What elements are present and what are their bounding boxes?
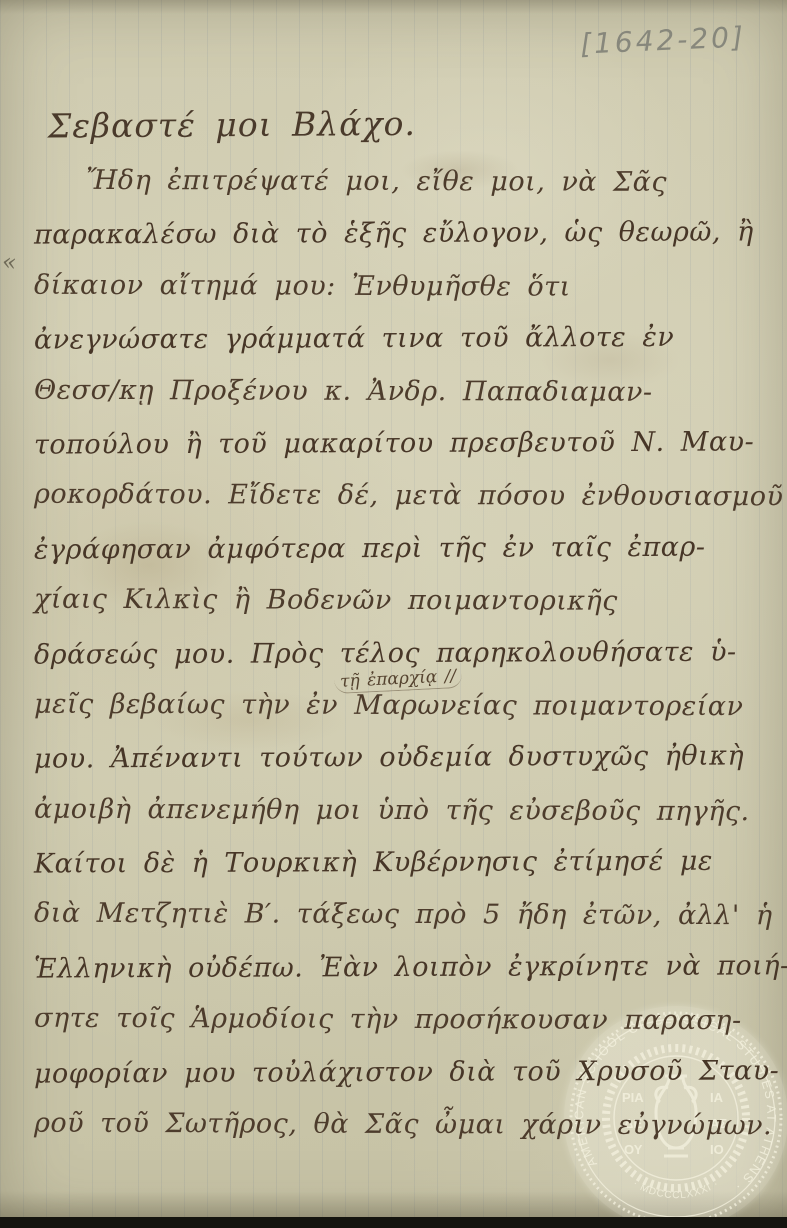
salutation-line: Σεβαστέ μοι Βλάχο. bbox=[34, 101, 770, 168]
handwritten-line: τοπούλου ἢ τοῦ μακαρίτου πρεσβευτοῦ Ν. Μ… bbox=[34, 426, 770, 482]
handwritten-line: Ἤδη ἐπιτρέψατέ μοι, εἴθε μοι, νὰ Σᾶς bbox=[34, 165, 770, 220]
handwritten-line: Ἑλληνικὴ οὐδέπω. Ἐὰν λοιπὸν ἐγκρίνητε νὰ… bbox=[34, 950, 770, 1006]
handwritten-line: Καίτοι δὲ ἡ Τουρκικὴ Κυβέρνησις ἐτίμησέ … bbox=[34, 845, 770, 901]
scan-edge-bar bbox=[0, 1217, 787, 1228]
handwritten-line: ἀμοιβὴ ἀπενεμήθη μοι ὑπὸ τῆς εὐσεβοῦς πη… bbox=[34, 793, 770, 848]
handwritten-line: ροῦ τοῦ Σωτῆρος, θὰ Σᾶς ὦμαι χάριν εὐγνώ… bbox=[34, 1108, 770, 1163]
letter-body: Σεβαστέ μοι Βλάχο. Ἤδη ἐπιτρέψατέ μοι, ε… bbox=[34, 104, 770, 1161]
archive-number-note: [1642-20] bbox=[547, 19, 778, 62]
handwritten-line: ἐγράφησαν ἀμφότερα περὶ τῆς ἐν ταῖς ἐπαρ… bbox=[34, 531, 770, 587]
handwritten-line: δίκαιον αἴτημά μου: Ἐνθυμῆσθε ὅτι bbox=[34, 269, 770, 324]
handwritten-line-text: μεῖς βεβαίως τὴν ἐν Μαρωνείας ποιμαντορε… bbox=[34, 689, 744, 722]
margin-pencil-mark: « bbox=[0, 247, 18, 277]
handwritten-line: χίαις Κιλκὶς ἢ Βοδενῶν ποιμαντορικῆς bbox=[34, 584, 770, 639]
handwritten-line: μεῖς βεβαίως τὴν ἐν Μαρωνείας ποιμαντορε… bbox=[34, 689, 770, 744]
handwritten-line: παρακαλέσω διὰ τὸ ἑξῆς εὔλογον, ὡς θεωρῶ… bbox=[34, 217, 770, 273]
scanned-letter-page: [1642-20] « AMERICAN SCHOOL OF CLASSICAL… bbox=[0, 0, 787, 1228]
handwritten-line: μου. Ἀπέναντι τούτων οὐδεμία δυστυχῶς ἠθ… bbox=[34, 741, 770, 797]
scan-top-shadow bbox=[0, 0, 787, 14]
handwritten-line: ροκορδάτου. Εἴδετε δέ, μετὰ πόσου ἐνθουσ… bbox=[34, 479, 770, 534]
handwritten-line: σητε τοῖς Ἁρμοδίοις τὴν προσήκουσαν παρα… bbox=[34, 1003, 770, 1058]
handwritten-line: Θεσσ/κῃ Προξένου κ. Ἀνδρ. Παπαδιαμαν- bbox=[34, 374, 770, 429]
handwritten-line: ἀνεγνώσατε γράμματά τινα τοῦ ἄλλοτε ἐν bbox=[34, 322, 770, 378]
handwritten-line: διὰ Μετζητιὲ Β′. τάξεως πρὸ 5 ἤδη ἐτῶν, … bbox=[34, 898, 770, 953]
handwritten-line: μοφορίαν μου τοὐλάχιστον διὰ τοῦ Χρυσοῦ … bbox=[34, 1055, 770, 1111]
